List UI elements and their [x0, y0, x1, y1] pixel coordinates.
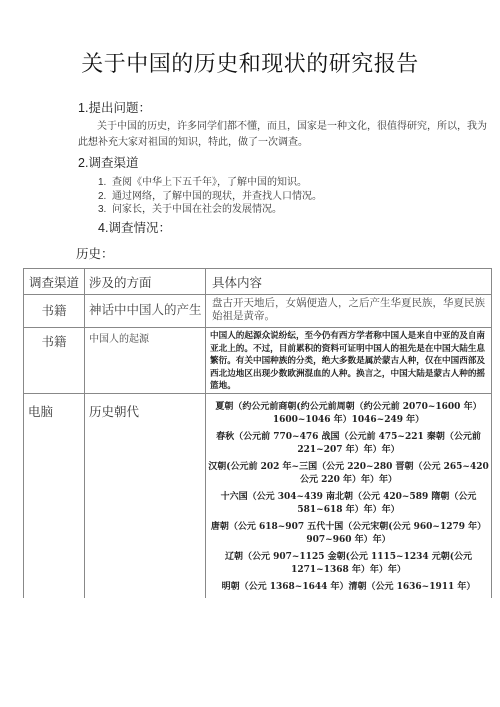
section-4-heading: 4.调查情况：: [98, 218, 171, 236]
list-number: 3.: [98, 203, 112, 217]
dynasty-line: 夏朝（约公元前商朝(约公元前周朝（约公元前 2070~1600 年）1600~1…: [208, 401, 489, 427]
list-item: 2.通过网络，了解中国的现状，并查找人口情况。: [98, 190, 322, 204]
cell-aspect: 中国人的起源: [85, 328, 206, 394]
table-row: 书籍 中国人的起源 中国人的起源众说纷纭，至今仍有西方学者称中国人是来自中亚的及…: [24, 328, 492, 394]
dynasty-line: 明朝（公元 1368~1644 年）清朝（公元 1636~1911 年）: [208, 581, 489, 594]
dynasty-line: 汉朝(公元前 202 年~三国（公元 220~280 晋朝（公元 265~420…: [208, 461, 489, 487]
cell-channel: 书籍: [24, 328, 85, 394]
section-number: 2.: [78, 156, 88, 170]
list-text: 问家长，关于中国在社会的发展情况。: [112, 203, 282, 217]
list-item: 3.问家长，关于中国在社会的发展情况。: [98, 203, 322, 217]
cell-dynasties: 夏朝（约公元前商朝(约公元前周朝（约公元前 2070~1600 年）1600~1…: [206, 393, 492, 598]
header-channel: 调查渠道: [24, 269, 85, 295]
channel-list: 1.查阅《中华上下五千年》，了解中国的知识。 2.通过网络，了解中国的现状，并查…: [98, 176, 322, 217]
table-row: 电脑 历史朝代 夏朝（约公元前商朝(约公元前周朝（约公元前 2070~1600 …: [24, 393, 492, 598]
dynasty-line: 辽朝（公元 907~1125 金朝(公元 1115~1234 元朝(公元 127…: [208, 551, 489, 577]
list-item: 1.查阅《中华上下五千年》，了解中国的知识。: [98, 176, 322, 190]
section-heading-text: 调查渠道: [88, 155, 138, 170]
list-number: 2.: [98, 190, 112, 204]
cell-aspect: 神话中中国人的产生: [85, 295, 206, 328]
section-heading-text: 调查情况：: [108, 220, 171, 235]
document-title: 关于中国的历史和现状的研究报告: [0, 47, 500, 78]
cell-content: 中国人的起源众说纷纭，至今仍有西方学者称中国人是来自中亚的及自南亚北上的。不过，…: [206, 328, 492, 394]
survey-table: 调查渠道 涉及的方面 具体内容 书籍 神话中中国人的产生 盘古开天地后，女娲便造…: [23, 268, 492, 598]
dynasty-line: 唐朝（公元 618~907 五代十国（公元宋朝(公元 960~1279 年）90…: [208, 521, 489, 547]
section-heading-text: 提出问题：: [88, 100, 151, 115]
dynasty-line: 春秋（公元前 770~476 战国（公元前 475~221 秦朝（公元前 221…: [208, 431, 489, 457]
header-aspect: 涉及的方面: [85, 269, 206, 295]
history-subheading: 历史：: [76, 244, 114, 262]
table-row: 书籍 神话中中国人的产生 盘古开天地后，女娲便造人，之后产生华夏民族，华夏民族始…: [24, 295, 492, 328]
cell-channel: 电脑: [24, 393, 85, 598]
list-number: 1.: [98, 176, 112, 190]
cell-content: 盘古开天地后，女娲便造人，之后产生华夏民族，华夏民族始祖是黄帝。: [206, 295, 492, 328]
cell-channel: 书籍: [24, 295, 85, 328]
section-number: 4.: [98, 221, 108, 235]
intro-paragraph: 关于中国的历史，许多同学们都不懂，而且，国家是一种文化，很值得研究，所以，我为此…: [78, 119, 488, 151]
cell-aspect: 历史朝代: [85, 393, 206, 598]
dynasty-line: 十六国（公元 304~439 南北朝（公元 420~589 隋朝（公元 581~…: [208, 491, 489, 517]
section-2-heading: 2.调查渠道: [78, 153, 138, 171]
section-1-heading: 1.提出问题：: [78, 98, 151, 116]
table-header-row: 调查渠道 涉及的方面 具体内容: [24, 269, 492, 295]
list-text: 通过网络，了解中国的现状，并查找人口情况。: [112, 190, 322, 204]
list-text: 查阅《中华上下五千年》，了解中国的知识。: [112, 176, 307, 190]
section-number: 1.: [78, 101, 88, 115]
header-content: 具体内容: [206, 269, 492, 295]
